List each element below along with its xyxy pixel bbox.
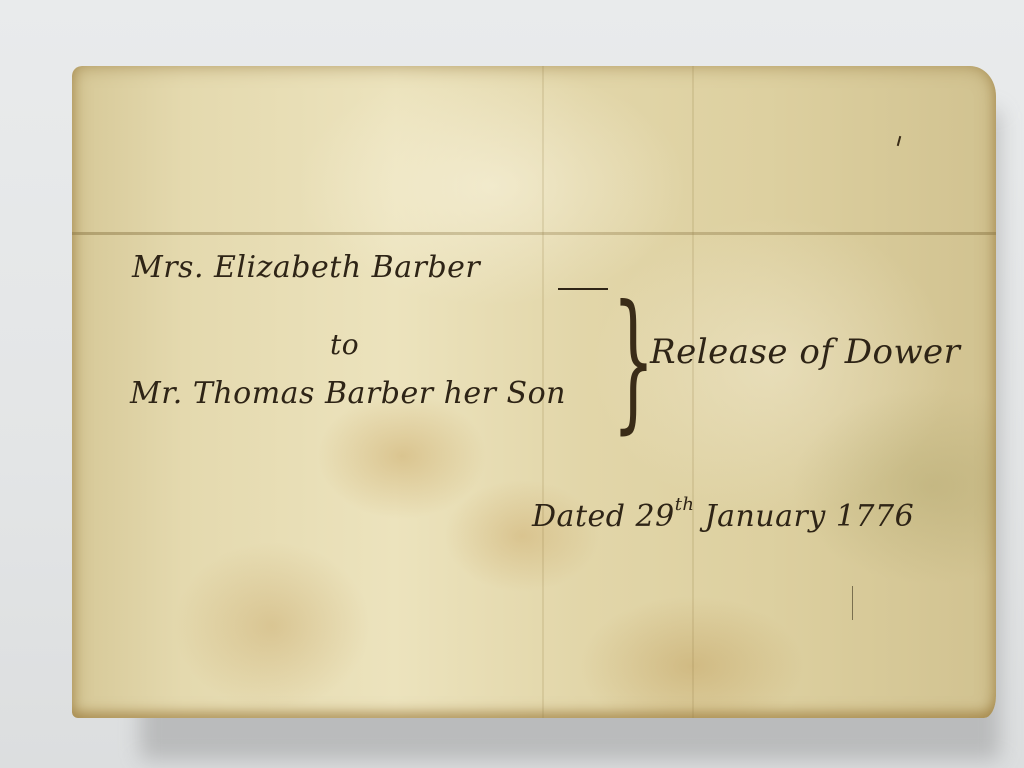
curly-brace-icon: }: [612, 286, 655, 436]
ink-mark: [852, 586, 853, 620]
date-prefix: Dated: [532, 499, 625, 534]
flourish-dash: [558, 288, 608, 290]
grantee-name: Mr. Thomas Barber her Son: [130, 376, 566, 411]
document-date: Dated 29th January 1776: [532, 494, 914, 534]
parchment-document: Mrs. Elizabeth Barber to Mr. Thomas Barb…: [72, 66, 996, 718]
vertical-fold-crease: [692, 66, 694, 718]
date-suffix: th: [675, 494, 695, 515]
grantor-name: Mrs. Elizabeth Barber: [132, 250, 480, 285]
connector-word: to: [330, 328, 359, 361]
document-title: Release of Dower: [650, 332, 960, 372]
fold-crease: [72, 232, 996, 235]
ink-mark: [897, 136, 902, 146]
date-day: 29: [636, 499, 675, 534]
date-month-year: January 1776: [705, 499, 915, 534]
